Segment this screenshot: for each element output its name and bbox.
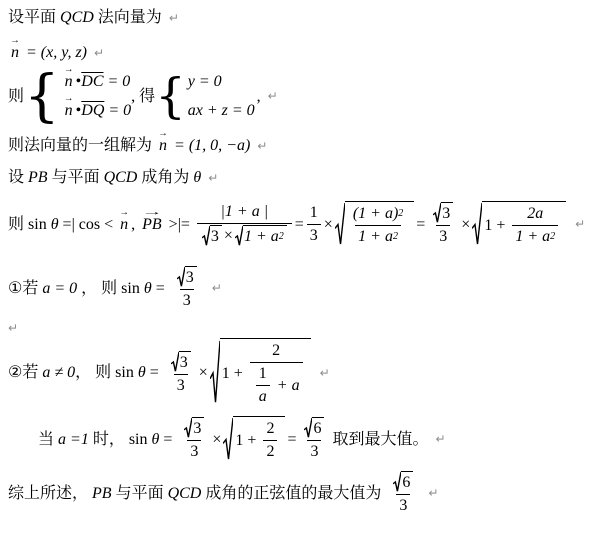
math-eq-cos: =| cos < bbox=[59, 215, 118, 235]
circled-2-marker: ② bbox=[8, 363, 22, 383]
paragraph-normal-vector-def: →n = (x, y, z) ↵ bbox=[8, 43, 606, 63]
radicand: 6 bbox=[312, 417, 324, 439]
vector-n: →n bbox=[159, 136, 167, 156]
math-theta: θ bbox=[138, 363, 146, 383]
sqrt-big: 1 + 2 1 a + a bbox=[210, 338, 311, 408]
radicand: 6 bbox=[401, 471, 413, 493]
numerator: |1 + a | bbox=[218, 202, 272, 223]
fraction-sqrt3-over-3: 3 3 bbox=[166, 351, 196, 396]
sqrt-3: 3 bbox=[184, 417, 204, 439]
numerator: 1 bbox=[256, 364, 270, 385]
math-expr: 1 + a bbox=[244, 227, 279, 247]
sqrt-frac: (1 + a)2 1 + a2 bbox=[335, 201, 414, 248]
math-one-plus: 1 + bbox=[222, 364, 247, 384]
vector-n: →n bbox=[65, 72, 73, 92]
math-expr: 1 + a bbox=[515, 227, 550, 247]
math-n: n bbox=[65, 102, 73, 119]
left-brace: { bbox=[24, 73, 60, 121]
cn-text: 若 bbox=[22, 363, 42, 383]
cn-text: 时， bbox=[89, 430, 129, 450]
math-sin: sin bbox=[115, 363, 138, 383]
radicand: 3 bbox=[210, 225, 222, 247]
equation-row: →n•DC = 0 bbox=[62, 72, 131, 92]
fraction-inner: (1 + a)2 1 + a2 bbox=[350, 204, 406, 247]
denominator: a bbox=[256, 385, 270, 407]
paragraph-return-mark: ↵ bbox=[208, 171, 218, 186]
numerator: 2 bbox=[269, 341, 283, 362]
math-cond: a =1 bbox=[58, 430, 89, 450]
vector-arrow-icon: → bbox=[64, 94, 74, 104]
paragraph-angle-def: 设 PB 与平面 QCD 成角为 θ ↵ bbox=[8, 168, 606, 188]
radicand: (1 + a)2 1 + a2 bbox=[345, 201, 414, 248]
equals: = bbox=[287, 430, 296, 450]
cn-mid-de: , 得 bbox=[131, 87, 155, 107]
cn-text: 与平面 bbox=[112, 484, 168, 504]
radicand: 3 bbox=[192, 417, 204, 439]
radicand: 1 + a2 bbox=[243, 225, 287, 247]
math-eq-zero: = 0 bbox=[104, 72, 131, 92]
paragraph-blank: ↵ bbox=[8, 321, 606, 336]
cn-text: 则法向量的一组解为 bbox=[8, 136, 156, 156]
paragraph-max-case: 当 a =1 时， sin θ = 3 3 × 1 + 2 2 = 6 3 取到… bbox=[8, 416, 606, 463]
denominator: 2 bbox=[263, 440, 277, 462]
paragraph-solution: 则法向量的一组解为 →n = (1, 0, −a) ↵ bbox=[8, 136, 606, 156]
math-pb: PB bbox=[28, 168, 48, 188]
denominator: 1 a + a bbox=[250, 362, 303, 407]
math-xyz: = (x, y, z) bbox=[22, 43, 87, 63]
math-n: n bbox=[65, 73, 73, 90]
math-theta: θ bbox=[51, 215, 59, 235]
vector-arrow-icon: → bbox=[141, 208, 162, 218]
cn-then: 则 bbox=[8, 87, 24, 107]
sqrt-1-plus-frac: 1 + 2a 1 + a2 bbox=[472, 201, 566, 248]
numerator: 3 bbox=[428, 202, 458, 225]
paragraph-conclusion: 综上所述， PB 与平面 QCD 成角的正弦值的最大值为 6 3 ↵ bbox=[8, 471, 606, 516]
math-pb: PB bbox=[142, 216, 162, 233]
sqrt-3: 3 bbox=[177, 266, 197, 288]
cn-text: 成角为 bbox=[137, 168, 193, 188]
sqrt-1-plus-a2: 1 + a2 bbox=[235, 225, 287, 247]
paragraph-return-mark: ↵ bbox=[94, 46, 104, 61]
paragraph-case-2: ②若 a ≠ 0， 则 sin θ = 3 3 × 1 + 2 1 a + a … bbox=[8, 338, 606, 408]
sqrt-6: 6 bbox=[304, 417, 324, 439]
paragraph-return-mark: ↵ bbox=[169, 11, 179, 26]
circled-1-marker: ① bbox=[8, 279, 22, 299]
cn-text: 法向量为 bbox=[94, 8, 162, 28]
math-qcd: QCD bbox=[168, 484, 202, 504]
equals: = bbox=[416, 215, 425, 235]
numerator: 2a bbox=[524, 204, 546, 225]
numerator: 1 bbox=[307, 203, 321, 224]
radicand: 1 + 2 2 bbox=[233, 416, 285, 463]
denominator: 1 + a2 bbox=[512, 225, 558, 247]
denominator: 3 bbox=[396, 494, 410, 516]
math-n: n bbox=[159, 137, 167, 154]
numerator: 3 bbox=[179, 417, 209, 440]
math-one-plus: 1 + bbox=[235, 431, 260, 451]
denominator: 1 + a2 bbox=[355, 225, 401, 247]
paragraph-return-mark: ↵ bbox=[8, 321, 18, 336]
cn-text: 当 bbox=[38, 430, 58, 450]
denominator: 3 bbox=[187, 440, 201, 462]
paragraph-return-mark: ↵ bbox=[320, 366, 330, 381]
radicand: 1 + 2 1 a + a bbox=[220, 338, 311, 408]
paragraph-intro-plane: 设平面 QCD 法向量为 ↵ bbox=[8, 5, 606, 28]
cn-then: 则 bbox=[8, 215, 28, 235]
vector-arrow-icon: → bbox=[119, 208, 129, 218]
math-eq-zero: = 0 bbox=[104, 101, 131, 121]
radical-tick-icon bbox=[184, 417, 192, 439]
cn-text: 成角的正弦值的最大值为 bbox=[201, 484, 385, 504]
fraction-1-over-a: 1 a bbox=[256, 364, 270, 407]
numerator: (1 + a)2 bbox=[350, 204, 406, 225]
trailing-comma: , bbox=[257, 87, 261, 107]
radical-tick-icon bbox=[210, 338, 220, 408]
paragraph-return-mark: ↵ bbox=[268, 89, 278, 104]
fraction-sqrt3-over-3: 3 3 bbox=[179, 417, 209, 462]
paragraph-case-1: ①若 a = 0 ， 则 sin θ = 3 3 ↵ bbox=[8, 266, 606, 311]
sqrt-3: 3 bbox=[433, 202, 453, 224]
sqrt-1-plus-2-halves: 1 + 2 2 bbox=[223, 416, 285, 463]
times-operator: × bbox=[212, 430, 221, 450]
paragraph-equation-system: 则 { →n•DC = 0 →n•DQ = 0 , 得 { y = 0 ax +… bbox=[8, 72, 606, 121]
times-operator: × bbox=[461, 215, 470, 235]
system-dot-products: →n•DC = 0 →n•DQ = 0 bbox=[62, 72, 132, 121]
paragraph-return-mark: ↵ bbox=[575, 217, 585, 232]
math-expr: 1 + a bbox=[358, 227, 393, 247]
math-qcd: QCD bbox=[60, 8, 94, 28]
denominator: 3 bbox=[180, 289, 194, 311]
radical-tick-icon bbox=[335, 201, 345, 248]
radical-tick-icon bbox=[202, 225, 210, 247]
radical-tick-icon bbox=[393, 471, 401, 493]
paragraph-sin-derivation: 则 sin θ =| cos < →n, →PB >|= |1 + a | 3×… bbox=[8, 201, 606, 248]
fraction-sqrt6-over-3: 6 3 bbox=[388, 471, 418, 516]
math-qcd: QCD bbox=[104, 168, 138, 188]
fraction-inner: 2 1 a + a bbox=[250, 341, 303, 407]
fraction-sqrt3-over-3: 3 3 bbox=[172, 266, 202, 311]
math-theta: θ bbox=[193, 168, 201, 188]
times-operator: × bbox=[199, 363, 208, 383]
sqrt-3: 3 bbox=[202, 225, 222, 247]
left-brace: { bbox=[155, 76, 186, 117]
denominator: 3 bbox=[307, 440, 321, 462]
fraction-inner: 2a 1 + a2 bbox=[512, 204, 558, 247]
numerator: 3 bbox=[166, 351, 196, 374]
numerator: 6 bbox=[388, 471, 418, 494]
radical-tick-icon bbox=[433, 202, 441, 224]
paragraph-return-mark: ↵ bbox=[212, 281, 222, 296]
paragraph-return-mark: ↵ bbox=[257, 139, 267, 154]
equation-row: y = 0 bbox=[188, 72, 222, 92]
equation-row: ax + z = 0 bbox=[188, 101, 255, 121]
equals: = bbox=[152, 279, 169, 299]
fraction-one-third: 1 3 bbox=[307, 203, 321, 246]
document-page: 设平面 QCD 法向量为 ↵ →n = (x, y, z) ↵ 则 { →n•D… bbox=[0, 0, 606, 516]
numerator: 3 bbox=[172, 266, 202, 289]
cn-text: 与平面 bbox=[48, 168, 104, 188]
cn-text: 设 bbox=[8, 168, 28, 188]
vector-n: →n bbox=[11, 43, 19, 63]
cn-text: ， 则 bbox=[77, 279, 121, 299]
equals: = bbox=[146, 363, 163, 383]
vector-arrow-icon: → bbox=[64, 65, 74, 75]
math-theta: θ bbox=[152, 430, 160, 450]
vector-n: →n bbox=[120, 215, 128, 235]
math-pb: PB bbox=[92, 484, 112, 504]
radicand: 3 bbox=[185, 266, 197, 288]
times-operator: × bbox=[224, 226, 233, 246]
radical-tick-icon bbox=[171, 351, 179, 373]
math-theta: θ bbox=[144, 279, 152, 299]
denominator: 3 bbox=[436, 225, 450, 247]
fraction-inner: 2 2 bbox=[263, 419, 277, 462]
cn-text: 取到最大值。 bbox=[332, 430, 428, 450]
numerator: 2 bbox=[263, 419, 277, 440]
radical-tick-icon bbox=[304, 417, 312, 439]
cn-text: 综上所述， bbox=[8, 484, 92, 504]
math-sin: sin bbox=[28, 215, 51, 235]
cn-text: ， 则 bbox=[75, 363, 115, 383]
fraction-sqrt3-over-3: 3 3 bbox=[428, 202, 458, 247]
math-one-plus: 1 + bbox=[484, 216, 509, 236]
radicand: 3 bbox=[441, 202, 453, 224]
denominator: 3×1 + a2 bbox=[197, 223, 292, 247]
math-cond: a = 0 bbox=[42, 279, 77, 299]
math-n: n bbox=[120, 216, 128, 233]
vector-arrow-icon: → bbox=[10, 36, 20, 46]
math-sin: sin bbox=[121, 279, 144, 299]
math-eq: >|= bbox=[165, 215, 194, 235]
fraction-abs: |1 + a | 3×1 + a2 bbox=[197, 202, 292, 247]
sqrt-6: 6 bbox=[393, 471, 413, 493]
vector-arrow-icon: → bbox=[158, 129, 168, 139]
radicand: 1 + 2a 1 + a2 bbox=[482, 201, 566, 248]
vector-pb: →PB bbox=[142, 215, 162, 235]
math-n: n bbox=[11, 44, 19, 61]
math-plus-a: + a bbox=[273, 376, 300, 396]
equals: = bbox=[159, 430, 176, 450]
sqrt-3: 3 bbox=[171, 351, 191, 373]
math-dq-overline: DQ bbox=[81, 101, 104, 121]
math-cond: a ≠ 0 bbox=[42, 363, 75, 383]
times-operator: × bbox=[324, 215, 333, 235]
math-sin: sin bbox=[129, 430, 152, 450]
numerator: 6 bbox=[299, 417, 329, 440]
math-expr: (1 + a) bbox=[353, 204, 398, 224]
cn-text: 若 bbox=[22, 279, 42, 299]
radical-tick-icon bbox=[472, 201, 482, 248]
vector-n: →n bbox=[65, 101, 73, 121]
system-solution: y = 0 ax + z = 0 bbox=[188, 72, 255, 121]
equation-row: →n•DQ = 0 bbox=[62, 101, 132, 121]
comma: , bbox=[131, 215, 139, 235]
denominator: 3 bbox=[174, 374, 188, 396]
radical-tick-icon bbox=[223, 416, 233, 463]
fraction-sqrt6-over-3: 6 3 bbox=[299, 417, 329, 462]
radicand: 3 bbox=[179, 351, 191, 373]
denominator: 3 bbox=[307, 224, 321, 246]
cn-text: 设平面 bbox=[8, 8, 60, 28]
math-dc-overline: DC bbox=[81, 72, 103, 92]
paragraph-return-mark: ↵ bbox=[428, 486, 438, 501]
radical-tick-icon bbox=[177, 266, 185, 288]
math-tuple: = (1, 0, −a) bbox=[170, 136, 250, 156]
radical-tick-icon bbox=[235, 225, 243, 247]
paragraph-return-mark: ↵ bbox=[436, 432, 446, 447]
equals: = bbox=[295, 215, 304, 235]
